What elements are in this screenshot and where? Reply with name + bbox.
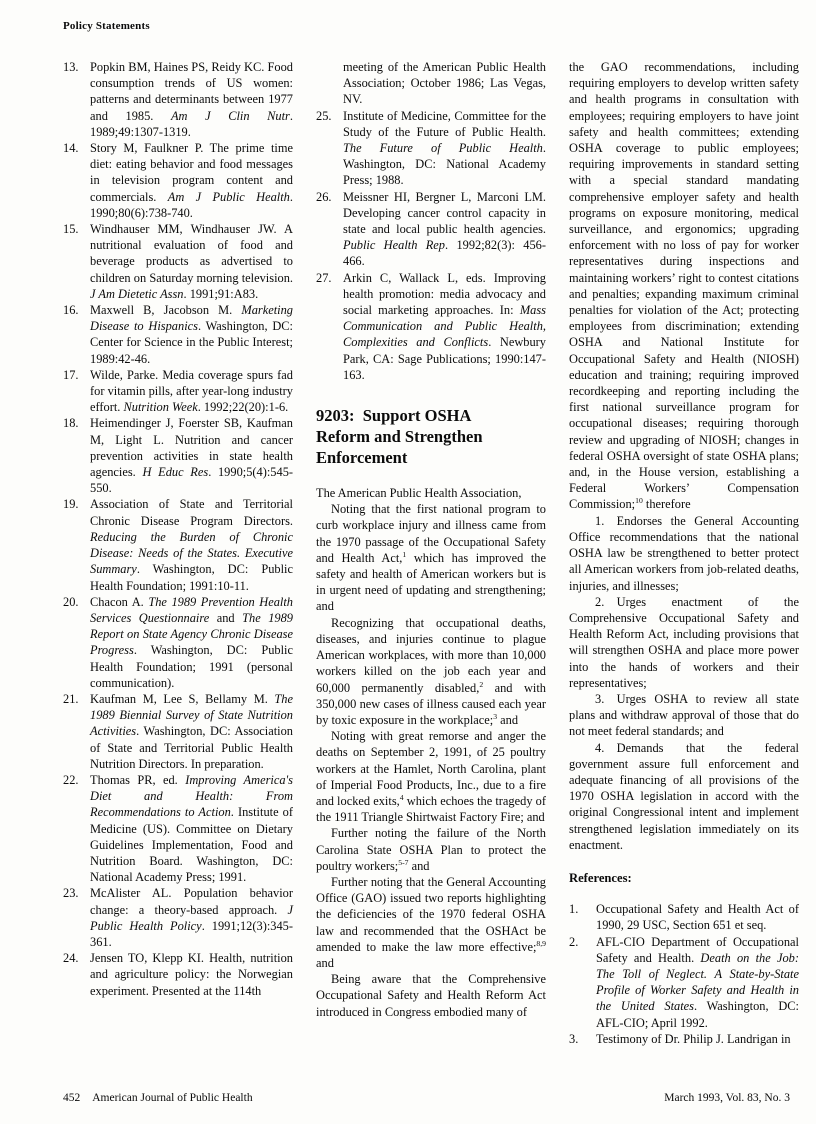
paragraph: The American Public Health Association, [316, 485, 546, 501]
text-run: Meissner HI, Bergner L, Marconi LM. Deve… [343, 190, 546, 236]
italic-text: Public Health Rep [343, 238, 445, 252]
policy-statement-text: The American Public Health Association,N… [316, 485, 546, 1020]
text-run: Arkin C, Wallack L, eds. Improving healt… [343, 271, 546, 317]
text-run: and [408, 859, 429, 873]
reference-number: 1. [569, 901, 596, 933]
reference-text: Occupational Safety and Health Act of 19… [596, 901, 799, 933]
reference-item: 23.McAlister AL. Population behavior cha… [63, 885, 293, 950]
text-run: Association of State and Territorial Chr… [90, 497, 293, 527]
section-heading: 9203: Support OSHA Reform and Strengthen… [316, 405, 521, 468]
text-run: Being aware that the Comprehensive Occup… [316, 972, 546, 1018]
text-run: 4. Demands that the federal government a… [569, 741, 799, 852]
reference-24-continuation: meeting of the American Public Health As… [316, 59, 546, 108]
reference-list-13-24: 13.Popkin BM, Haines PS, Reidy KC. Food … [63, 59, 293, 999]
text-run: . 1992;22(20):1-6. [198, 400, 289, 414]
reference-item: 26.Meissner HI, Bergner L, Marconi LM. D… [316, 189, 546, 270]
text-run: 2. Urges enactment of the Comprehensive … [569, 595, 799, 690]
reference-number: 18. [63, 415, 90, 496]
superscript-citation: 10 [635, 496, 643, 505]
text-run: Further noting the failure of the North … [316, 826, 546, 872]
reference-text: Windhauser MM, Windhauser JW. A nutritio… [90, 221, 293, 302]
reference-text: AFL-CIO Department of Occupational Safet… [596, 934, 799, 1031]
reference-text: Jensen TO, Klepp KI. Health, nutrition a… [90, 950, 293, 999]
italic-text: J Am Dietetic Assn [90, 287, 184, 301]
text-run: Further noting that the General Accounti… [316, 875, 546, 954]
text-run: and [209, 611, 242, 625]
reference-number: 15. [63, 221, 90, 302]
text-run: and [316, 956, 334, 970]
paragraph: Being aware that the Comprehensive Occup… [316, 971, 546, 1020]
column-1: 13.Popkin BM, Haines PS, Reidy KC. Food … [63, 59, 293, 1047]
paragraph: Noting with great remorse and anger the … [316, 728, 546, 825]
text-run: Maxwell B, Jacobson M. [90, 303, 241, 317]
text-run: Institute of Medicine, Committee for the… [343, 109, 546, 139]
text-run: Occupational Safety and Health Act of 19… [596, 902, 799, 932]
reference-item: 16.Maxwell B, Jacobson M. Marketing Dise… [63, 302, 293, 367]
reference-item: 24.Jensen TO, Klepp KI. Health, nutritio… [63, 950, 293, 999]
italic-text: H Educ Res [142, 465, 208, 479]
text-run: 3. Urges OSHA to review all state plans … [569, 692, 799, 738]
text-run: Testimony of Dr. Philip J. Landrigan in [596, 1032, 791, 1046]
text-run: 1. Endorses the General Accounting Offic… [569, 514, 799, 593]
reference-text: Testimony of Dr. Philip J. Landrigan in [596, 1031, 799, 1047]
text-run: McAlister AL. Population behavior change… [90, 886, 293, 916]
column-3: the GAO recommendations, including requi… [569, 59, 799, 1047]
reference-item: 19.Association of State and Territorial … [63, 496, 293, 593]
reference-item: 18.Heimendinger J, Foerster SB, Kaufman … [63, 415, 293, 496]
reference-number: 23. [63, 885, 90, 950]
reference-item: 22.Thomas PR, ed. Improving America's Di… [63, 772, 293, 885]
reference-number: 25. [316, 108, 343, 189]
reference-number: 24. [63, 950, 90, 999]
reference-text: Arkin C, Wallack L, eds. Improving healt… [343, 270, 546, 383]
reference-text: Kaufman M, Lee S, Bellamy M. The 1989 Bi… [90, 691, 293, 772]
column-2: meeting of the American Public Health As… [316, 59, 546, 1047]
reference-number: 14. [63, 140, 90, 221]
reference-text: Institute of Medicine, Committee for the… [343, 108, 546, 189]
reference-text: Story M, Faulkner P. The prime time diet… [90, 140, 293, 221]
italic-text: Am J Public Health [168, 190, 290, 204]
reference-item: 17.Wilde, Parke. Media coverage spurs fa… [63, 367, 293, 416]
reference-number: 17. [63, 367, 90, 416]
reference-number: 27. [316, 270, 343, 383]
reference-text: Chacon A. The 1989 Prevention Health Ser… [90, 594, 293, 691]
reference-number: 21. [63, 691, 90, 772]
reference-item: 27.Arkin C, Wallack L, eds. Improving he… [316, 270, 546, 383]
policy-statement-text-continued: the GAO recommendations, including requi… [569, 59, 799, 853]
paragraph: 4. Demands that the federal government a… [569, 740, 799, 853]
paragraph: 1. Endorses the General Accounting Offic… [569, 513, 799, 594]
superscript-citation: 8,9 [536, 939, 546, 948]
reference-number: 19. [63, 496, 90, 593]
reference-text: Thomas PR, ed. Improving America's Diet … [90, 772, 293, 885]
text-run: the GAO recommendations, including requi… [569, 60, 799, 511]
italic-text: The Future of Public Health [343, 141, 543, 155]
text-run: Chacon A. [90, 595, 148, 609]
footer-left: 452 American Journal of Public Health [63, 1092, 253, 1104]
reference-number: 3. [569, 1031, 596, 1047]
reference-text: Popkin BM, Haines PS, Reidy KC. Food con… [90, 59, 293, 140]
italic-text: Am J Clin Nutr [171, 109, 290, 123]
running-head: Policy Statements [63, 20, 790, 32]
reference-text: Heimendinger J, Foerster SB, Kaufman M, … [90, 415, 293, 496]
reference-item: 2.AFL-CIO Department of Occupational Saf… [569, 934, 799, 1031]
reference-text: Maxwell B, Jacobson M. Marketing Disease… [90, 302, 293, 367]
reference-list-25-27: 25.Institute of Medicine, Committee for … [316, 108, 546, 383]
reference-text: Meissner HI, Bergner L, Marconi LM. Deve… [343, 189, 546, 270]
paragraph: Further noting the failure of the North … [316, 825, 546, 874]
reference-item: 1.Occupational Safety and Health Act of … [569, 901, 799, 933]
paragraph: meeting of the American Public Health As… [343, 59, 546, 108]
reference-item: 20.Chacon A. The 1989 Prevention Health … [63, 594, 293, 691]
text-run: meeting of the American Public Health As… [343, 60, 546, 106]
reference-number: 22. [63, 772, 90, 885]
text-run: Kaufman M, Lee S, Bellamy M. [90, 692, 274, 706]
text-run: . 1991;91:A83. [184, 287, 259, 301]
reference-item: 21.Kaufman M, Lee S, Bellamy M. The 1989… [63, 691, 293, 772]
reference-text: Wilde, Parke. Media coverage spurs fad f… [90, 367, 293, 416]
page-footer: 452 American Journal of Public Health Ma… [63, 1092, 790, 1104]
italic-text: Nutrition Week [124, 400, 198, 414]
reference-item: 15.Windhauser MM, Windhauser JW. A nutri… [63, 221, 293, 302]
page-number: 452 [63, 1092, 80, 1104]
reference-list-1-3: 1.Occupational Safety and Health Act of … [569, 901, 799, 1047]
text-run: Jensen TO, Klepp KI. Health, nutrition a… [90, 951, 293, 997]
text-run: Windhauser MM, Windhauser JW. A nutritio… [90, 222, 293, 285]
reference-number: 16. [63, 302, 90, 367]
journal-name: American Journal of Public Health [92, 1092, 252, 1104]
reference-number: 2. [569, 934, 596, 1031]
reference-item: 13.Popkin BM, Haines PS, Reidy KC. Food … [63, 59, 293, 140]
superscript-citation: 5-7 [398, 858, 408, 867]
paragraph: Recognizing that occupational deaths, di… [316, 615, 546, 728]
reference-item: 3.Testimony of Dr. Philip J. Landrigan i… [569, 1031, 799, 1047]
text-run: and [497, 713, 518, 727]
reference-text: McAlister AL. Population behavior change… [90, 885, 293, 950]
reference-number: 13. [63, 59, 90, 140]
paragraph: Further noting that the General Accounti… [316, 874, 546, 971]
reference-number: 20. [63, 594, 90, 691]
paragraph: Noting that the first national program t… [316, 501, 546, 614]
issue-info: March 1993, Vol. 83, No. 3 [664, 1092, 790, 1104]
paragraph: 3. Urges OSHA to review all state plans … [569, 691, 799, 740]
reference-item: 14.Story M, Faulkner P. The prime time d… [63, 140, 293, 221]
text-run: Thomas PR, ed. [90, 773, 185, 787]
paragraph: the GAO recommendations, including requi… [569, 59, 799, 513]
reference-text: Association of State and Territorial Chr… [90, 496, 293, 593]
text-run: The American Public Health Association, [316, 486, 521, 500]
journal-page: Policy Statements 13.Popkin BM, Haines P… [0, 0, 816, 1124]
paragraph: 2. Urges enactment of the Comprehensive … [569, 594, 799, 691]
reference-number: 26. [316, 189, 343, 270]
text-run: therefore [643, 497, 691, 511]
three-column-layout: 13.Popkin BM, Haines PS, Reidy KC. Food … [63, 59, 790, 1047]
references-heading: References: [569, 870, 799, 886]
reference-item: 25.Institute of Medicine, Committee for … [316, 108, 546, 189]
